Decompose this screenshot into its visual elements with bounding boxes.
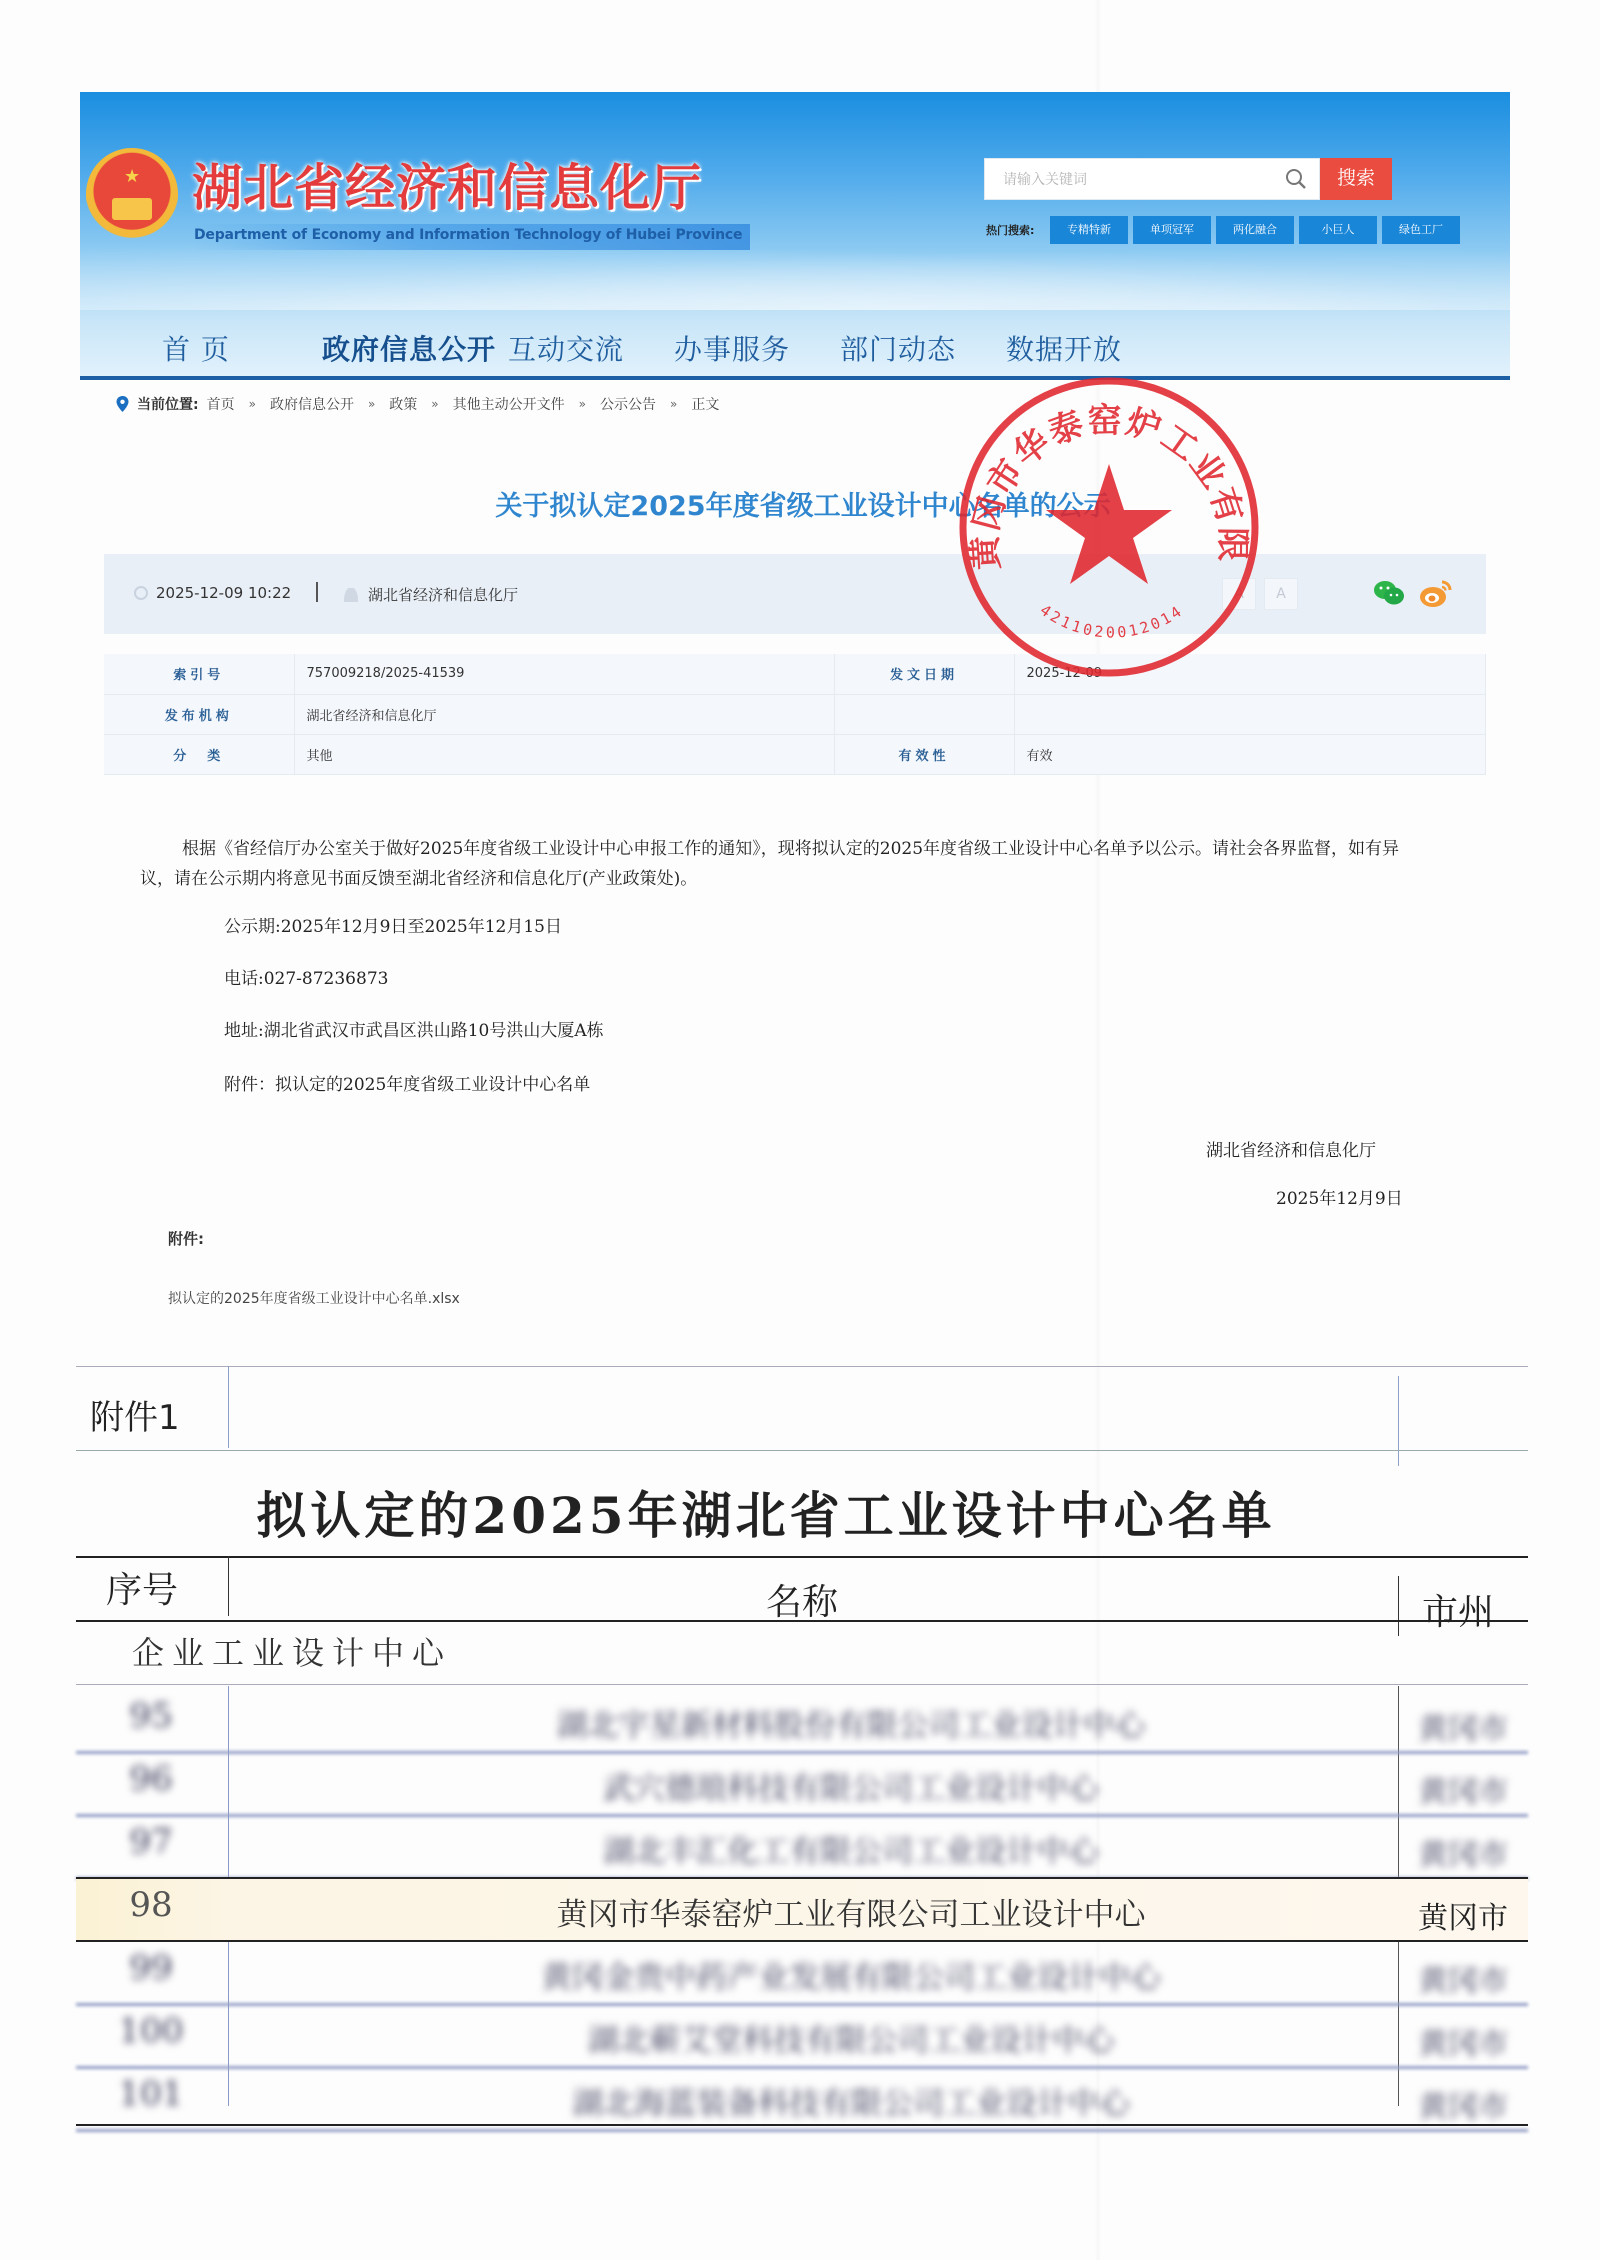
issue-date-value: 2025-12-09 (1014, 654, 1486, 694)
row-city: 黄冈市 (1398, 1767, 1528, 1811)
breadcrumb-separator: » (664, 397, 683, 411)
issue-date-label: 发文日期 (834, 654, 1014, 694)
row-name: 黄冈市华泰窑炉工业有限公司工业设计中心 (226, 1889, 1476, 1934)
row-number: 96 (76, 1759, 226, 1799)
breadcrumb-label: 当前位置: (137, 394, 199, 414)
breadcrumb-gov-info[interactable]: 政府信息公开 (270, 394, 354, 414)
nav-gov-info-disclosure[interactable]: 政府信息公开 (322, 328, 496, 368)
search-box (984, 158, 1320, 200)
search-input[interactable] (985, 159, 1255, 199)
row-city: 黄冈市 (1398, 1830, 1528, 1874)
attachments-label: 附件: (168, 1228, 204, 1249)
hot-tag-lvsegongchang[interactable]: 绿色工厂 (1382, 216, 1460, 244)
search-icon[interactable] (1285, 168, 1307, 190)
publisher-label: 发布机构 (104, 694, 294, 734)
row-name: 湖北丰汇化工有限公司工业设计中心 (226, 1826, 1476, 1871)
table-row: 95湖北宇星新材料股份有限公司工业设计中心黄冈市 (76, 1688, 1528, 1752)
column-header-name: 名称 (766, 1574, 838, 1625)
contact-address: 地址:湖北省武汉市武昌区洪山路10号洪山大厦A栋 (224, 1016, 604, 1041)
table-row: 99黄冈金贵中药产业发展有限公司工业设计中心黄冈市 (76, 1940, 1528, 2004)
search-button[interactable]: 搜索 (1320, 158, 1392, 200)
table-row: 101湖北海蓝装备科技有限公司工业设计中心黄冈市 (76, 2066, 1528, 2130)
contact-phone: 电话:027-87236873 (224, 964, 388, 989)
nav-home[interactable]: 首 页 (162, 328, 230, 368)
attachment-spreadsheet: 附件1 拟认定的2025年湖北省工业设计中心名单 序号 名称 市州 企业工业设计… (76, 1366, 1528, 2126)
nav-interaction[interactable]: 互动交流 (508, 328, 624, 368)
body-paragraph: 根据《省经信厅办公室关于做好2025年度省级工业设计中心申报工作的通知》，现将拟… (140, 834, 1412, 894)
row-number: 100 (76, 2011, 226, 2051)
hot-tag-danxiangguanjun[interactable]: 单项冠军 (1133, 216, 1211, 244)
breadcrumb-other-files[interactable]: 其他主动公开文件 (453, 394, 565, 414)
main-nav: 首 页 政府信息公开 互动交流 办事服务 部门动态 数据开放 (80, 310, 1510, 376)
breadcrumb-announcements[interactable]: 公示公告 (600, 394, 656, 414)
svg-text:黄冈市华泰窑炉工业有限公司: 黄冈市华泰窑炉工业有限公司 (954, 372, 1252, 571)
article-body: 根据《省经信厅办公室关于做好2025年度省级工业设计中心申报工作的通知》，现将拟… (182, 834, 1412, 894)
attachment-file-link[interactable]: 拟认定的2025年度省级工业设计中心名单.xlsx (168, 1288, 460, 1308)
hot-search-label: 热门搜索: (986, 222, 1034, 238)
publish-datetime: 2025-12-09 10:22 (134, 584, 291, 602)
row-city: 黄冈市 (1398, 1956, 1528, 2000)
hot-search-tags: 专精特新 单项冠军 两化融合 小巨人 绿色工厂 (1050, 216, 1460, 244)
index-value: 757009218/2025-41539 (294, 654, 834, 694)
announcement-period: 公示期:2025年12月9日至2025年12月15日 (224, 912, 562, 937)
meta-divider (316, 582, 318, 602)
table-row: 97湖北丰汇化工有限公司工业设计中心黄冈市 (76, 1814, 1528, 1878)
table-row: 96武穴德琅科技有限公司工业设计中心黄冈市 (76, 1751, 1528, 1815)
breadcrumb-current: 正文 (691, 394, 719, 414)
site-header: ★ 湖北省经济和信息化厅 Department of Economy and I… (80, 92, 1510, 380)
column-header-number: 序号 (106, 1562, 178, 1613)
row-name: 湖北蕲艾堂科技有限公司工业设计中心 (226, 2015, 1476, 2060)
row-number: 95 (76, 1696, 226, 1736)
category-label: 分 类 (104, 734, 294, 774)
breadcrumb-separator: » (243, 397, 262, 411)
nav-open-data[interactable]: 数据开放 (1006, 328, 1122, 368)
nav-services[interactable]: 办事服务 (674, 328, 790, 368)
spreadsheet-title: 拟认定的2025年湖北省工业设计中心名单 (76, 1476, 1376, 1548)
weibo-icon[interactable] (1418, 576, 1454, 610)
row-city: 黄冈市 (1398, 2019, 1528, 2063)
hot-tag-lianghuaronghe[interactable]: 两化融合 (1216, 216, 1294, 244)
national-emblem-icon: ★ (86, 148, 178, 256)
publish-source-text: 湖北省经济和信息化厅 (368, 584, 518, 605)
index-label: 索引号 (104, 654, 294, 694)
site-subtitle: Department of Economy and Information Te… (192, 224, 750, 250)
breadcrumb-home[interactable]: 首页 (207, 394, 235, 414)
clock-icon (134, 586, 148, 600)
row-number: 99 (76, 1948, 226, 1988)
validity-value: 有效 (1014, 734, 1486, 774)
breadcrumb: 当前位置: 首页 » 政府信息公开 » 政策 » 其他主动公开文件 » 公示公告… (116, 394, 719, 414)
font-size-small-button[interactable]: A (1264, 578, 1298, 610)
site-title[interactable]: 湖北省经济和信息化厅 (192, 148, 702, 220)
table-row: 100湖北蕲艾堂科技有限公司工业设计中心黄冈市 (76, 2003, 1528, 2067)
breadcrumb-separator: » (573, 397, 592, 411)
row-name: 湖北海蓝装备科技有限公司工业设计中心 (226, 2078, 1476, 2123)
table-row: 98黄冈市华泰窑炉工业有限公司工业设计中心黄冈市 (76, 1877, 1528, 1941)
section-enterprise-design-centers: 企业工业设计中心 (132, 1628, 452, 1674)
user-icon (344, 588, 358, 602)
signature-date: 2025年12月9日 (1276, 1184, 1403, 1209)
document-info-table: 索引号 757009218/2025-41539 发文日期 2025-12-09… (104, 654, 1486, 775)
breadcrumb-separator: » (362, 397, 381, 411)
row-number: 97 (76, 1822, 226, 1862)
row-number: 98 (76, 1885, 226, 1925)
row-city: 黄冈市 (1398, 1704, 1528, 1748)
article-meta-bar: 2025-12-09 10:22 湖北省经济和信息化厅 A A (104, 554, 1486, 634)
location-pin-icon (116, 396, 129, 412)
column-header-city: 市州 (1422, 1584, 1494, 1635)
publisher-value: 湖北省经济和信息化厅 (294, 694, 834, 734)
signature-organization: 湖北省经济和信息化厅 (1206, 1136, 1376, 1161)
row-city: 黄冈市 (1398, 2082, 1528, 2126)
row-city: 黄冈市 (1398, 1893, 1528, 1937)
nav-department-news[interactable]: 部门动态 (840, 328, 956, 368)
nav-divider (80, 376, 1510, 380)
breadcrumb-separator: » (425, 397, 444, 411)
row-name: 黄冈金贵中药产业发展有限公司工业设计中心 (226, 1952, 1476, 1997)
category-value: 其他 (294, 734, 834, 774)
publish-source: 湖北省经济和信息化厅 (344, 584, 518, 605)
font-size-large-button[interactable]: A (1222, 578, 1256, 610)
article-title: 关于拟认定2025年度省级工业设计中心名单的公示 (0, 484, 1600, 523)
row-name: 武穴德琅科技有限公司工业设计中心 (226, 1763, 1476, 1808)
attachment-reference: 附件：拟认定的2025年度省级工业设计中心名单 (224, 1070, 590, 1095)
company-seal-stamp: 黄冈市华泰窑炉工业有限公司 4211020012014 (954, 372, 1264, 682)
hot-tag-xiaojuren[interactable]: 小巨人 (1299, 216, 1377, 244)
row-name: 湖北宇星新材料股份有限公司工业设计中心 (226, 1700, 1476, 1745)
row-number: 101 (76, 2074, 226, 2114)
spreadsheet-attachment-label: 附件1 (90, 1390, 180, 1439)
wechat-icon[interactable] (1372, 578, 1406, 608)
hot-tag-zhuanjingtexin[interactable]: 专精特新 (1050, 216, 1128, 244)
validity-label: 有效性 (834, 734, 1014, 774)
breadcrumb-policy[interactable]: 政策 (389, 394, 417, 414)
publish-datetime-text: 2025-12-09 10:22 (156, 584, 291, 602)
font-size-controls: A A (1222, 578, 1298, 610)
stamp-company-name: 黄冈市华泰窑炉工业有限公司 (954, 372, 1252, 571)
